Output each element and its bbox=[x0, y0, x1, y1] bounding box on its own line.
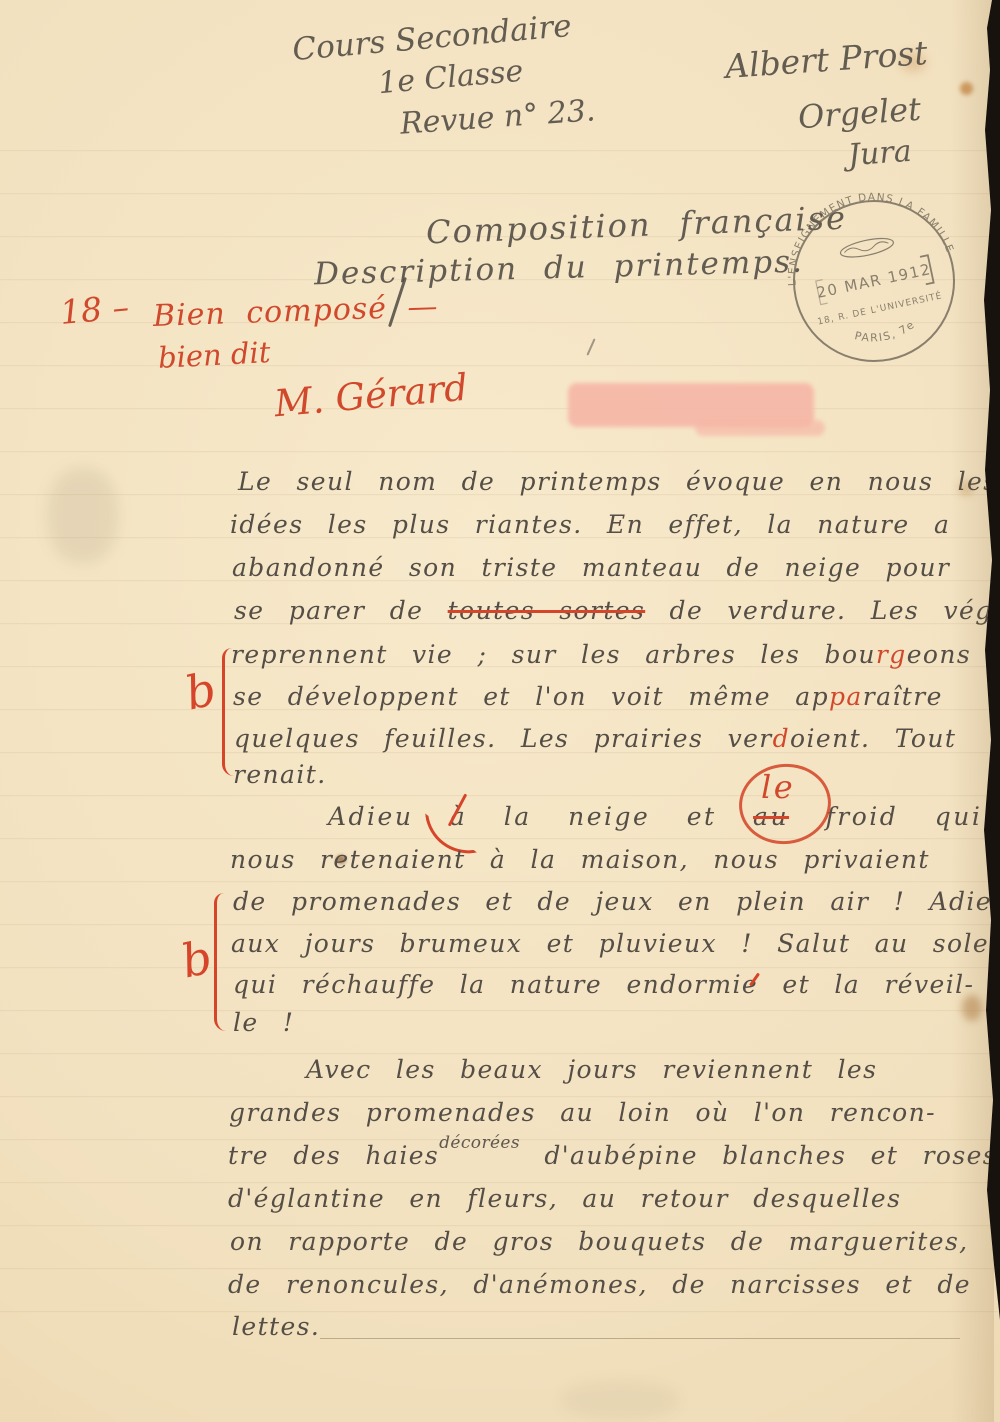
red-correction-letters: d bbox=[773, 724, 790, 753]
struck-words: toutes sortes bbox=[448, 596, 646, 625]
student-name: Albert Prost bbox=[724, 33, 929, 86]
paper-edge-shading bbox=[950, 0, 994, 1422]
body-line: tre des haiesdécorées d'aubépine blanche… bbox=[228, 1141, 997, 1170]
institution-stamp: L'ENSEIGNEMENT DANS LA FAMILLE 20 MAR 19… bbox=[766, 173, 982, 389]
body-line: Adieu à la neige et aule froid qui bbox=[328, 802, 982, 831]
svg-text:PARIS, 7e: PARIS, 7e bbox=[851, 317, 920, 350]
body-line: se parer de toutes sortes de verdure. Le… bbox=[234, 596, 1000, 625]
margin-bracket-1 bbox=[222, 648, 234, 776]
ink-showthrough bbox=[48, 468, 118, 563]
student-department: Jura bbox=[847, 134, 913, 173]
body-line: Avec les beaux jours reviennent les bbox=[306, 1055, 877, 1084]
body-line: le ! bbox=[233, 1008, 294, 1037]
text-segment: tre des haies bbox=[228, 1141, 439, 1170]
grade-score: 18 – bbox=[58, 287, 130, 332]
grade-comment-2: bien dit bbox=[157, 335, 271, 375]
stamp-ornament-squiggle bbox=[844, 240, 889, 255]
text-segment: d'aubépine blanches et roses bbox=[544, 1141, 997, 1170]
teacher-signature: M. Gérard bbox=[272, 366, 469, 426]
inserted-word-above-line: décorées bbox=[439, 1133, 520, 1153]
red-correction-au-le: aule bbox=[753, 802, 789, 831]
body-line: Le seul nom de printemps évoque en nous … bbox=[238, 467, 997, 496]
paper-sheet: Cours Secondaire 1e Classe Revue n° 23. … bbox=[0, 0, 1000, 1422]
text-segment: quelques feuilles. Les prairies ver bbox=[234, 724, 773, 753]
body-line: renait. bbox=[233, 760, 327, 789]
body-line: se développent et l'on voit même apparaî… bbox=[233, 682, 943, 711]
red-crossed-word: à bbox=[450, 802, 467, 831]
text-segment: de verdure. Les végétaux bbox=[645, 596, 1000, 625]
header-class: 1e Classe bbox=[377, 54, 525, 102]
header-revue-number: Revue n° 23. bbox=[399, 93, 596, 142]
body-line: lettes. bbox=[232, 1312, 320, 1341]
text-segment: se parer de bbox=[234, 596, 448, 625]
body-line: nous retenaient à la maison, nous privai… bbox=[230, 845, 930, 874]
body-line: abandonné son triste manteau de neige po… bbox=[232, 553, 950, 582]
stamp-ornament bbox=[839, 235, 895, 261]
margin-grade-letter-1: b bbox=[182, 665, 220, 716]
margin-grade-letter-2: b bbox=[178, 933, 216, 984]
ink-showthrough bbox=[560, 1380, 680, 1420]
text-segment: la neige et bbox=[504, 802, 717, 831]
body-line: de renoncules, d'anémones, de narcisses … bbox=[228, 1270, 1000, 1299]
body-line: idées les plus riantes. En effet, la nat… bbox=[230, 510, 950, 539]
text-segment: raître bbox=[863, 682, 943, 711]
text-segment: eons bbox=[907, 640, 971, 669]
body-line: grandes promenades au loin où l'on renco… bbox=[229, 1098, 936, 1127]
text-segment: froid qui bbox=[826, 802, 983, 831]
word-with-red-tick: endormie bbox=[626, 970, 758, 999]
body-line: de promenades et de jeux en plein air ! … bbox=[233, 887, 1000, 916]
body-line: d'églantine en fleurs, au retour desquel… bbox=[228, 1184, 901, 1213]
text-segment: et la réveil- bbox=[758, 970, 974, 999]
margin-bracket-2 bbox=[214, 893, 226, 1031]
text-segment: reprennent vie ; sur les arbres les bou bbox=[231, 640, 876, 669]
body-line: reprennent vie ; sur les arbres les bour… bbox=[231, 640, 971, 669]
pencil-tick-mark bbox=[586, 338, 595, 355]
grade-comment-1: Bien composé — bbox=[152, 289, 439, 334]
body-line: quelques feuilles. Les prairies verdoien… bbox=[234, 724, 956, 753]
body-line: aux jours brumeux et pluvieux ! Salut au… bbox=[231, 929, 1000, 958]
body-line: qui réchauffe la nature endormie et la r… bbox=[233, 970, 974, 999]
rust-stain bbox=[960, 82, 973, 95]
text-segment: se développent et l'on voit même ap bbox=[233, 682, 829, 711]
composition-subtitle: Description du printemps. bbox=[314, 244, 805, 293]
stamp-arc-bottom-text: PARIS, 7e bbox=[851, 317, 920, 350]
pen-flourish-line bbox=[320, 1338, 960, 1339]
text-segment: Adieu bbox=[328, 802, 413, 831]
header-course: Cours Secondaire bbox=[291, 8, 573, 68]
student-town: Orgelet bbox=[797, 90, 922, 136]
red-correction-letters: pa bbox=[829, 682, 863, 711]
body-line: on rapporte de gros bouquets de margueri… bbox=[230, 1227, 969, 1256]
scanned-manuscript-page: { "header": { "course": "Cours Secondair… bbox=[0, 0, 1000, 1422]
red-correction-letters: rg bbox=[876, 640, 907, 669]
pink-redaction-blot-tail bbox=[695, 420, 825, 436]
red-circle-mark bbox=[735, 759, 836, 850]
text-segment: qui réchauffe la nature bbox=[233, 970, 626, 999]
text-segment: oient. Tout bbox=[790, 724, 956, 753]
